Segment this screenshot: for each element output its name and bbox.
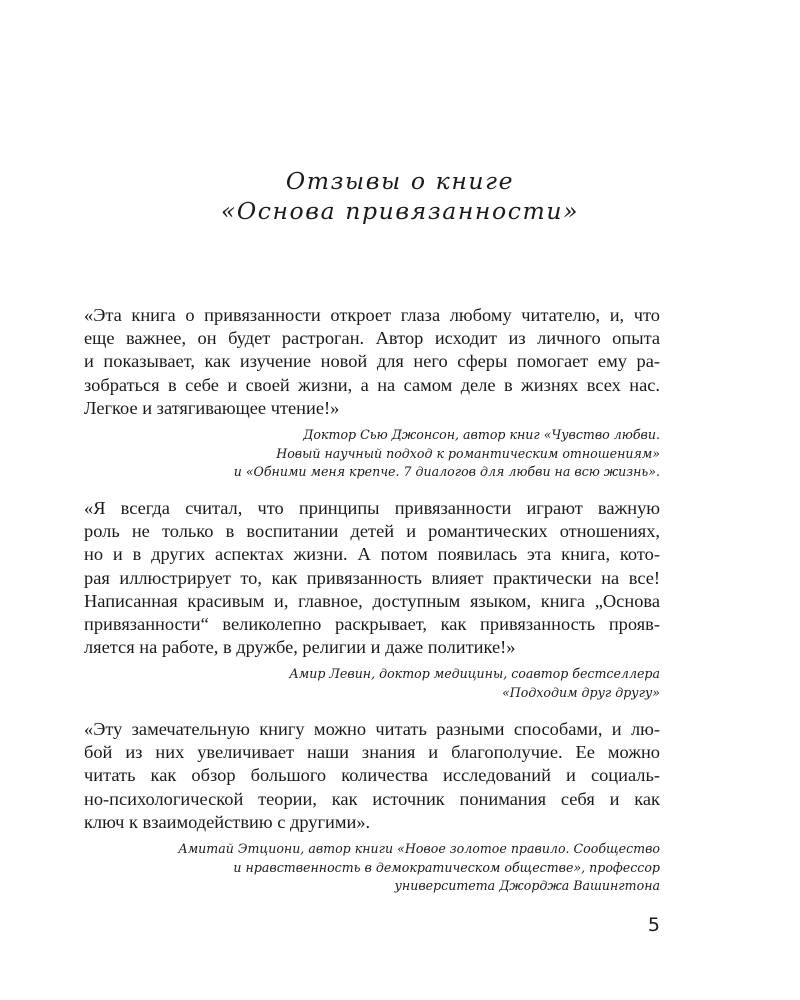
page-number: 5 [648,914,660,936]
quote-line: Легкое и затягивающее чтение!» [84,397,660,420]
attribution-line: Амир Левин, доктор медицины, соавтор бес… [84,665,660,684]
quote-line: роль не только в воспитании детей и рома… [84,520,660,543]
review-1: «Эта книга о привязанности откроет глаза… [84,304,660,482]
quote-line: рая иллюстрирует то, как привязанность в… [84,567,660,590]
review-quote: «Эту замечательную книгу можно читать ра… [84,718,660,834]
quote-line: но и в других аспектах жизни. А потом по… [84,543,660,566]
attribution-line: Доктор Сью Джонсон, автор книг «Чувство … [84,426,660,445]
quote-line: ключ к взаимодействию с другими». [84,811,660,834]
review-quote: «Эта книга о привязанности откроет глаза… [84,304,660,420]
quote-line: зобраться в себе и своей жизни, а на сам… [84,374,660,397]
review-attribution: Доктор Сью Джонсон, автор книг «Чувство … [84,426,660,482]
quote-line: но-психологической теории, как источник … [84,788,660,811]
attribution-line: «Подходим друг другу» [84,684,660,703]
attribution-line: Новый научный подход к романтическим отн… [84,445,660,464]
attribution-line: и «Обними меня крепче. 7 диалогов для лю… [84,463,660,482]
title-line-1: Отзывы о книге [0,166,800,196]
quote-line: ляется на работе, в дружбе, религии и да… [84,636,660,659]
review-2: «Я всегда считал, что принципы привязанн… [84,497,660,702]
attribution-line: Амитай Этциони, автор книги «Новое золот… [84,840,660,859]
review-quote: «Я всегда считал, что принципы привязанн… [84,497,660,659]
review-3: «Эту замечательную книгу можно читать ра… [84,718,660,896]
quote-line: читать как обзор большого количества исс… [84,764,660,787]
quote-line: «Эта книга о привязанности откроет глаза… [84,304,660,327]
quote-line: Написанная красивым и, главное, доступны… [84,590,660,613]
title-line-2: «Основа привязанности» [0,196,800,226]
quote-line: бой из них увеличивает наши знания и бла… [84,741,660,764]
attribution-line: и нравственность в демократическом общес… [84,859,660,878]
quote-line: «Я всегда считал, что принципы привязанн… [84,497,660,520]
quote-line: еще важнее, он будет растроган. Автор ис… [84,327,660,350]
review-attribution: Амитай Этциони, автор книги «Новое золот… [84,840,660,896]
page-title: Отзывы о книге «Основа привязанности» [0,166,800,226]
quote-line: «Эту замечательную книгу можно читать ра… [84,718,660,741]
quote-line: и показывает, как изучение новой для нег… [84,350,660,373]
review-attribution: Амир Левин, доктор медицины, соавтор бес… [84,665,660,702]
book-page: Отзывы о книге «Основа привязанности» «Э… [0,0,800,1000]
quote-line: привязанности“ великолепно раскрывает, к… [84,613,660,636]
attribution-line: университета Джорджа Вашингтона [84,877,660,896]
